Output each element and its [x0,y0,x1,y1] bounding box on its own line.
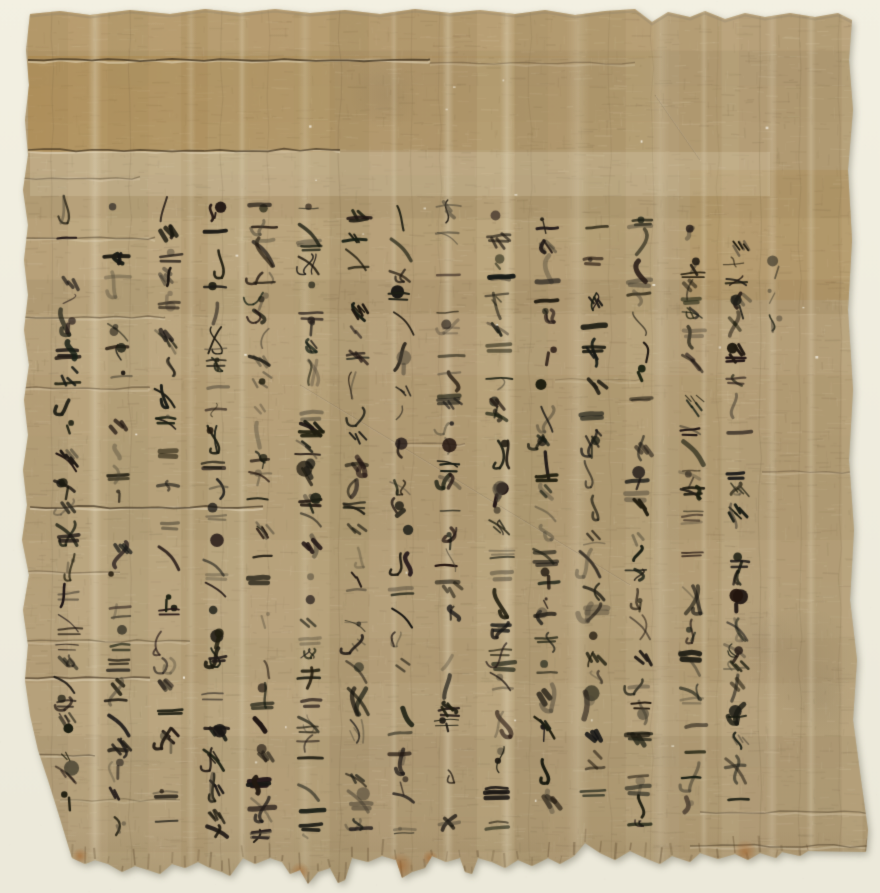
photo-scene [0,0,880,893]
papyrus-photograph [0,0,880,893]
papyrus-canvas [0,0,880,893]
